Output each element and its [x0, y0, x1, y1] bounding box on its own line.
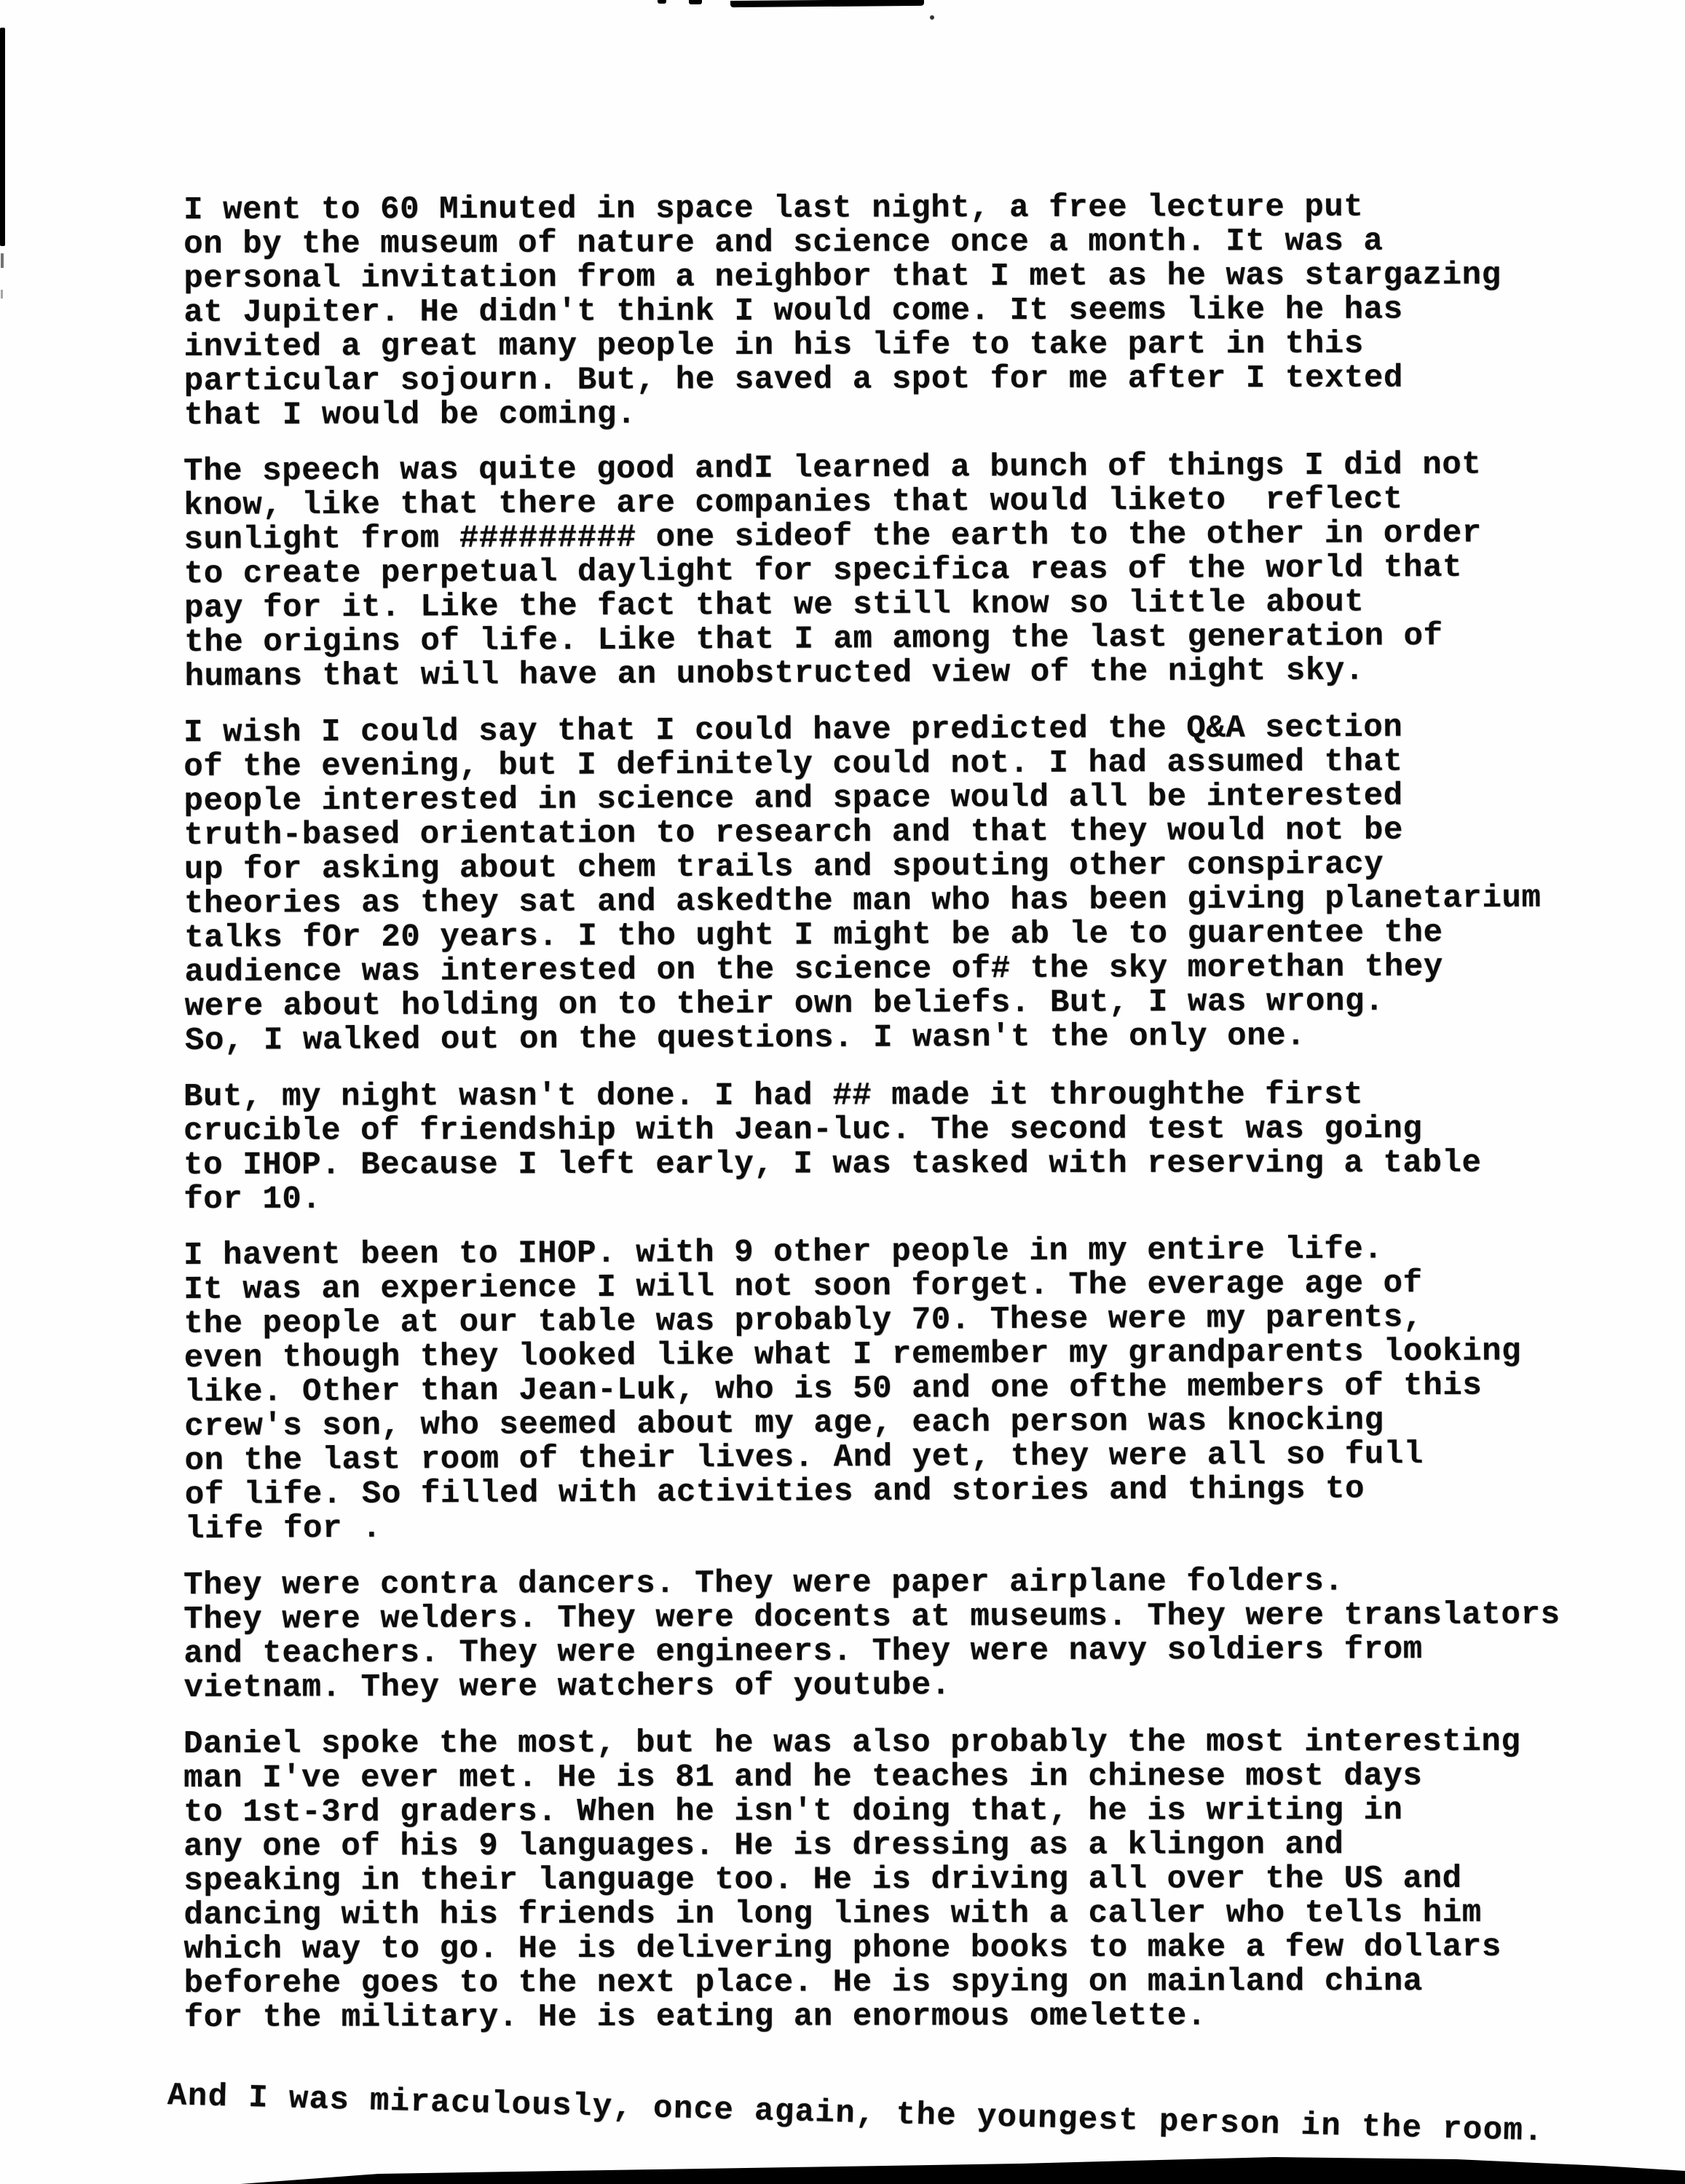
text-line: particular sojourn. But, he saved a spot…: [184, 361, 1560, 399]
text-line: on by the museum of nature and science o…: [184, 224, 1560, 262]
paragraph: But, my night wasn't done. I had ## made…: [184, 1078, 1560, 1217]
text-line: personal invitation from a neighbor that…: [184, 258, 1560, 296]
text-line: But, my night wasn't done. I had ## made…: [184, 1078, 1560, 1115]
text-line: and teachers. They were engineers. They …: [184, 1632, 1560, 1671]
scanned-page: I went to 60 Minuted in space last night…: [0, 0, 1685, 2184]
paragraph: Daniel spoke the most, but he was also p…: [184, 1725, 1560, 2035]
text-line: And I was miraculously, once again, the …: [167, 2079, 1560, 2150]
text-line: which way to go. He is delivering phone …: [184, 1931, 1560, 1967]
text-line: invited a great many people in his life …: [184, 327, 1560, 365]
text-line: beforehe goes to the next place. He is s…: [184, 1965, 1560, 2001]
scan-artifact-left-edge-line: [0, 28, 5, 246]
scan-artifact-left-dash: [1, 253, 4, 268]
scan-artifact-top-mark: [689, 0, 702, 4]
text-line: crucible of friendship with Jean-luc. Th…: [184, 1112, 1560, 1149]
paragraph: The speech was quite good andI learned a…: [184, 448, 1561, 695]
paragraph: I havent been to IHOP. with 9 other peop…: [184, 1232, 1562, 1547]
text-line: So, I walked out on the questions. I was…: [185, 1018, 1561, 1059]
scan-artifact-top-bar: [730, 0, 924, 7]
text-line: speaking in their language too. He is dr…: [184, 1862, 1560, 1899]
text-line: man I've ever met. He is 81 and he teach…: [184, 1760, 1560, 1796]
paragraph: They were contra dancers. They were pape…: [184, 1564, 1560, 1706]
scan-artifact-bottom-band: [0, 2151, 1685, 2184]
text-line: that I would be coming.: [184, 395, 1560, 433]
text-line: Daniel spoke the most, but he was also p…: [184, 1725, 1560, 1762]
text-line: dancing with his friends in long lines w…: [184, 1896, 1560, 1933]
paragraph: I went to 60 Minuted in space last night…: [184, 190, 1560, 433]
document-text: I went to 60 Minuted in space last night…: [184, 194, 1560, 2135]
text-line: any one of his 9 languages. He is dressi…: [184, 1828, 1560, 1864]
text-line: vietnam. They were watchers of youtube.: [184, 1666, 1560, 1706]
scan-artifact-left-dash: [1, 290, 3, 298]
paragraph: I wish I could say that I could have pre…: [184, 711, 1561, 1059]
text-line: I went to 60 Minuted in space last night…: [184, 190, 1560, 228]
text-line: to 1st-3rd graders. When he isn't doing …: [184, 1794, 1560, 1830]
text-line: of life. So filled with activities and s…: [185, 1471, 1562, 1513]
scan-artifact-top-mark: [658, 0, 666, 4]
text-line: were about holding on to their own belie…: [185, 984, 1561, 1024]
closing-line: And I was miraculously, once again, the …: [167, 2079, 1560, 2150]
text-line: for the military. He is eating an enormo…: [184, 1999, 1560, 2035]
text-line: for 10.: [184, 1181, 1560, 1217]
text-line: at Jupiter. He didn't think I would come…: [184, 293, 1560, 331]
text-line: to IHOP. Because I left early, I was tas…: [184, 1147, 1560, 1183]
scan-artifact-dot: [930, 15, 934, 20]
text-line: humans that will have an unobstructed vi…: [184, 653, 1561, 695]
